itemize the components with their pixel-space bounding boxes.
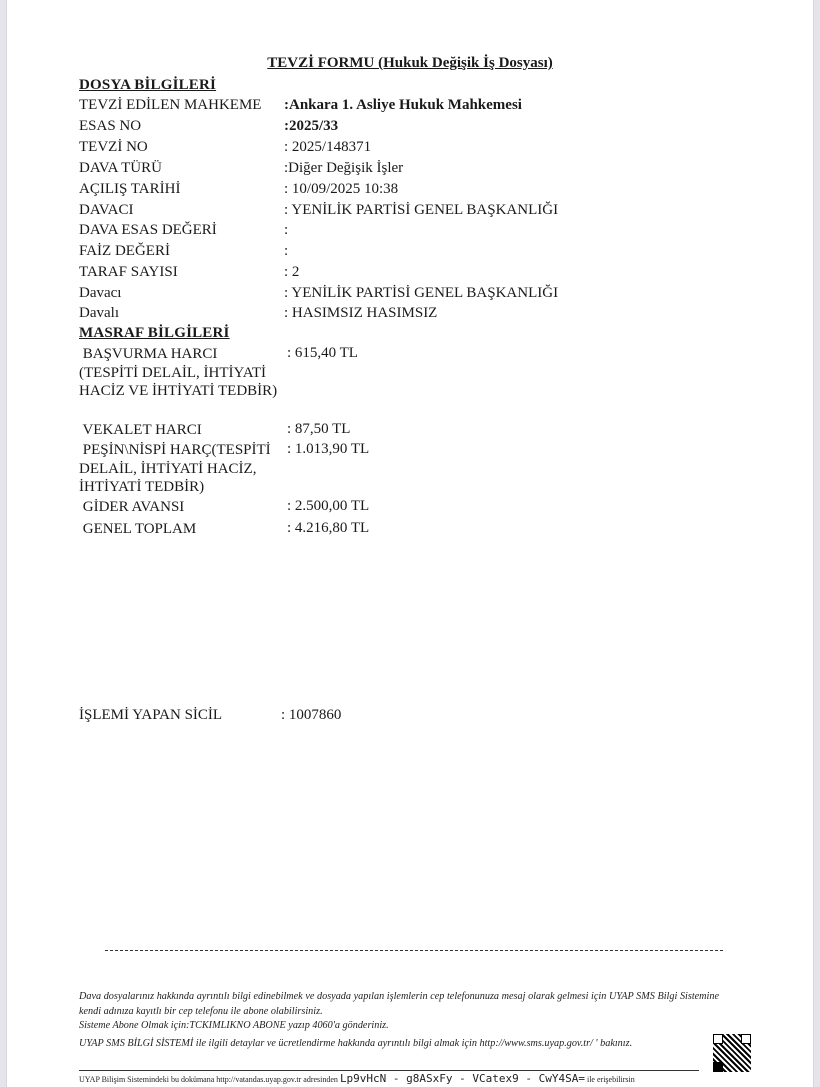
field-value: :2025/33 — [284, 117, 338, 135]
field-value: : 10/09/2025 10:38 — [284, 180, 398, 198]
cost-label: GİDER AVANSI — [79, 498, 279, 517]
cost-value: : 2.500,00 TL — [287, 498, 369, 515]
access-code: Lp9vHcN - g8ASxFy - VCatex9 - CwY4SA= — [340, 1072, 585, 1085]
footer-access-line: UYAP Bilişim Sistemindeki bu dokümana ht… — [79, 1072, 635, 1085]
cost-value: : 615,40 TL — [287, 345, 358, 362]
field-value: : 2 — [284, 263, 299, 281]
field-value: : — [284, 221, 288, 239]
cost-label: VEKALET HARCI — [79, 421, 279, 440]
qr-code-icon — [713, 1034, 751, 1072]
dashed-separator — [105, 950, 723, 951]
field-value: :Diğer Değişik İşler — [284, 159, 403, 177]
cost-label: GENEL TOPLAM — [79, 520, 279, 539]
cost-value: : 1.013,90 TL — [287, 441, 369, 458]
field-value: : 2025/148371 — [284, 138, 371, 156]
islem-yapan-value: : 1007860 — [281, 706, 341, 724]
field-label: TEVZİ EDİLEN MAHKEME — [79, 96, 261, 114]
field-value: : YENİLİK PARTİSİ GENEL BAŞKANLIĞI — [284, 284, 558, 302]
footer-subscribe-info: Sisteme Abone Olmak için:TCKIMLIKNO ABON… — [79, 1019, 719, 1034]
cost-label: PEŞİN\NİSPİ HARÇ(TESPİTİ DELAİL, İHTİYAT… — [79, 441, 279, 497]
section-title-masraf-bilgileri: MASRAF BİLGİLERİ — [79, 325, 230, 342]
cost-value: : 4.216,80 TL — [287, 520, 369, 537]
field-label: Davalı — [79, 304, 119, 322]
section-title-dosya-bilgileri: DOSYA BİLGİLERİ — [79, 77, 216, 94]
field-value: : YENİLİK PARTİSİ GENEL BAŞKANLIĞI — [284, 201, 558, 219]
field-label: DAVA TÜRÜ — [79, 159, 162, 177]
cost-value: : 87,50 TL — [287, 421, 350, 438]
document-title: TEVZİ FORMU (Hukuk Değişik İş Dosyası) — [0, 55, 820, 72]
field-label: TEVZİ NO — [79, 138, 148, 156]
field-value: : HASIMSIZ HASIMSIZ — [284, 304, 437, 322]
field-label: FAİZ DEĞERİ — [79, 242, 170, 260]
field-value: : — [284, 242, 288, 260]
access-prefix: UYAP Bilişim Sistemindeki bu dokümana ht… — [79, 1075, 338, 1084]
field-label: TARAF SAYISI — [79, 263, 178, 281]
field-label: DAVA ESAS DEĞERİ — [79, 221, 217, 239]
footer-sms-info: Dava dosyalarınız hakkında ayrıntılı bil… — [79, 990, 719, 1019]
page-edge-right — [813, 0, 820, 1087]
access-suffix: ile erişebilirsin — [587, 1075, 635, 1084]
field-label: Davacı — [79, 284, 121, 302]
field-value: :Ankara 1. Asliye Hukuk Mahkemesi — [284, 96, 522, 114]
footer-details-info: UYAP SMS BİLGİ SİSTEMİ ile ilgili detayl… — [79, 1037, 704, 1052]
field-label: AÇILIŞ TARİHİ — [79, 180, 180, 198]
islem-yapan-label: İŞLEMİ YAPAN SİCİL — [79, 706, 222, 724]
cost-label: BAŞVURMA HARCI (TESPİTİ DELAİL, İHTİYATİ… — [79, 345, 279, 401]
field-label: DAVACI — [79, 201, 133, 219]
field-label: ESAS NO — [79, 117, 141, 135]
footer-rule — [79, 1070, 699, 1071]
page-edge-left — [0, 0, 7, 1087]
